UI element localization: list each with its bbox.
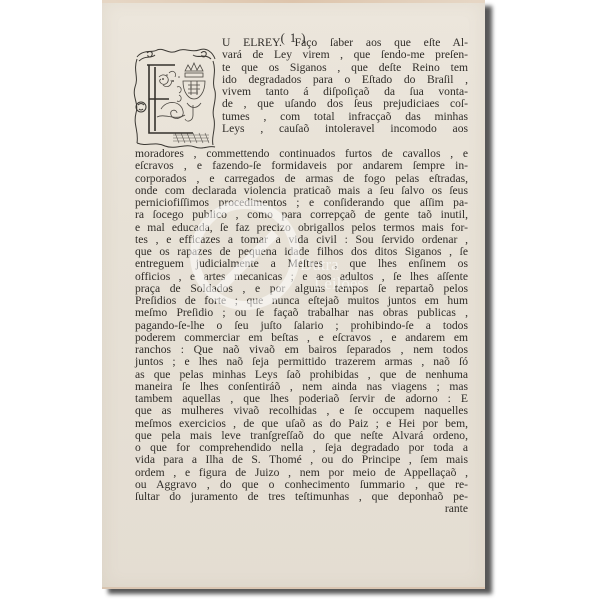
text-line: e mal educada, ſe faz precizo obrigallos… bbox=[135, 222, 468, 234]
text-line: ordem , e figura de Juizo , nem por meio… bbox=[135, 467, 468, 479]
text-line: as que pelas minhas Leys ſaõ prohibidas … bbox=[135, 369, 468, 381]
text-line: juntos ; e lhes naõ ſeja permittido traz… bbox=[135, 356, 468, 368]
text-line: ſultar do juramento de tres teſtimunhas … bbox=[135, 491, 468, 503]
text-line: eſcravos , e fazendo-ſe formidaveis por … bbox=[135, 160, 468, 172]
text-line: meſmos exercicios , de que uſaõ as do Pa… bbox=[135, 418, 468, 430]
watermark-text: Dutra Leilões bbox=[300, 255, 364, 293]
text-line: Leys , cauſaõ intoleravel incomodo aos bbox=[222, 123, 468, 135]
text-line: pagando-ſe-lhe o ſeu juſto ſalario ; pro… bbox=[135, 320, 468, 332]
text-line: vará de Ley virem , que ſendo-me preſen- bbox=[222, 49, 468, 61]
text-line: que as mulheres vivaõ recolhidas , e ſe … bbox=[135, 405, 468, 417]
text-line: tumes , com total infracçaõ das minhas bbox=[222, 111, 468, 123]
watermark-line-2: Leilões bbox=[314, 274, 364, 293]
text-line: te que os Siganos , que deſte Reino tem bbox=[222, 62, 468, 74]
text-line: de , que uſando dos ſeus prejudiciaes co… bbox=[222, 98, 468, 110]
ornamental-drop-cap-e-icon bbox=[133, 47, 217, 151]
body-text-top: U ELREY. Faço ſaber aos que eſte Al- var… bbox=[222, 37, 468, 135]
watermark-line-1: Dutra bbox=[300, 255, 364, 274]
watermark-circle-slash-logo-icon bbox=[190, 200, 300, 310]
text-line: corporados , e carregados de armas de fo… bbox=[135, 173, 468, 185]
body-text-main: moradores , commettendo continuados furt… bbox=[135, 148, 468, 516]
text-line: vida para a Ilha de S. Thomé , ou do Pri… bbox=[135, 454, 468, 466]
catchword: rante bbox=[135, 503, 468, 515]
text-line: ra ſocego publico , como para correpçaõ … bbox=[135, 209, 468, 221]
text-line: meſmo Preſidio ; ou ſe façaõ trabalhar n… bbox=[135, 307, 468, 319]
